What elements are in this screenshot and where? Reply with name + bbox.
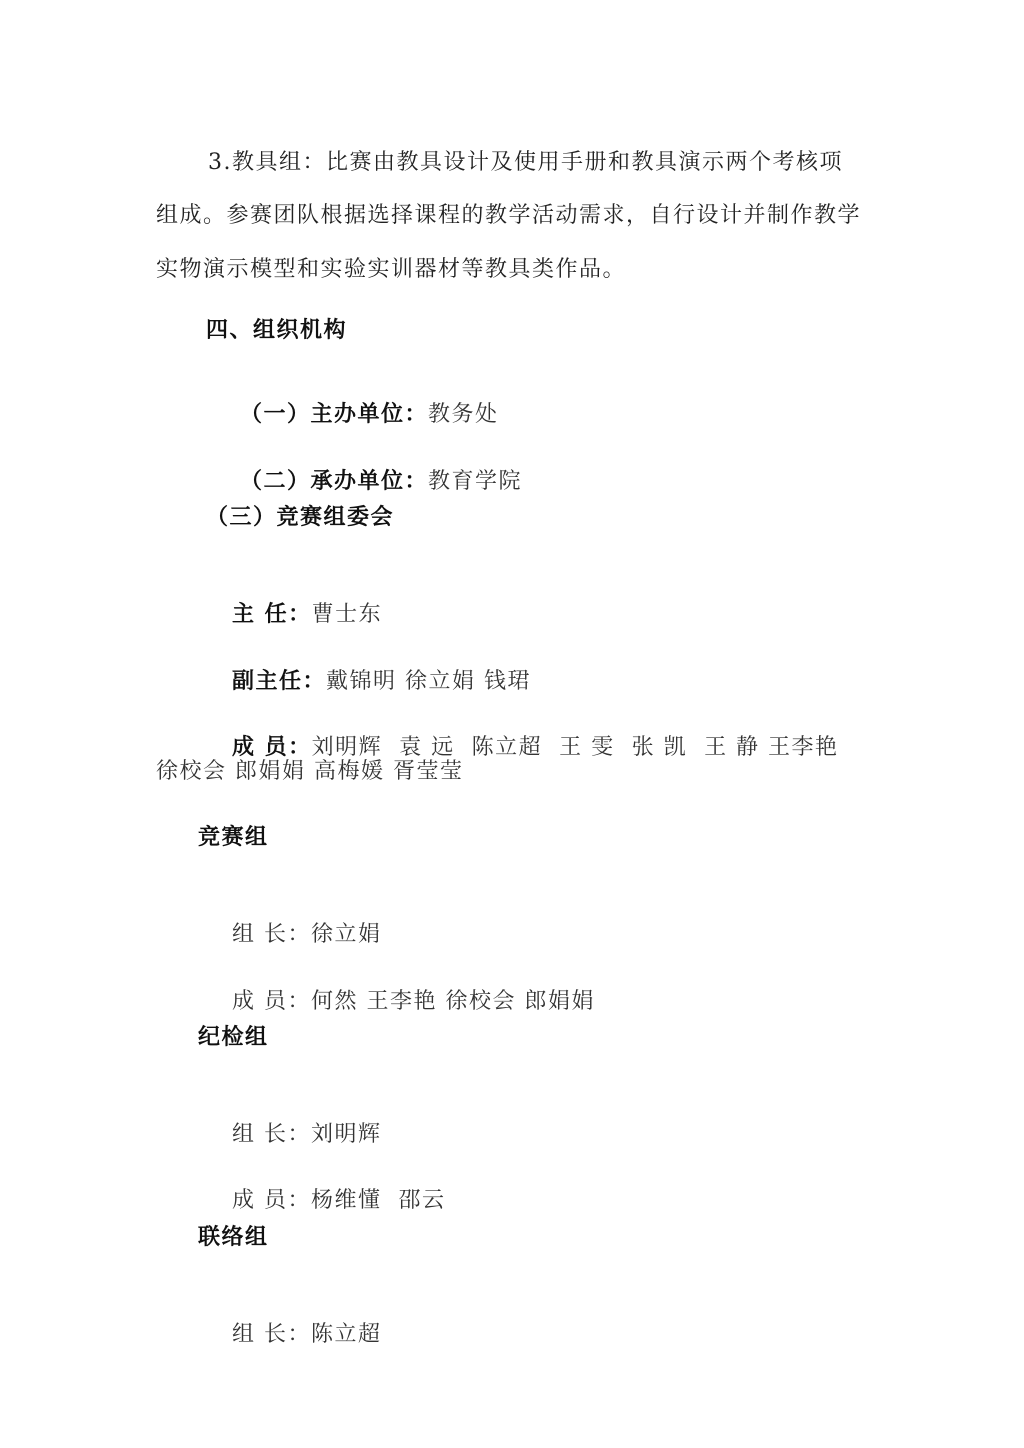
sponsor-value: 教务处 (428, 402, 499, 427)
members-value-line-2: 徐校会 郎娟娟 高梅媛 胥莹莹 (156, 757, 463, 787)
discipline-leader-label: 组 长： (232, 1122, 311, 1147)
group-heading-liaison: 联络组 (198, 1223, 269, 1253)
discipline-members-label: 成 员： (232, 1188, 311, 1213)
group-heading-discipline: 纪检组 (198, 1023, 269, 1053)
competition-members-value: 何然 王李艳 徐校会 郎娟娟 (311, 989, 595, 1014)
liaison-leader-row: 组 长：陈立超 (198, 1290, 382, 1380)
director-value: 曹士东 (312, 602, 383, 627)
organizer-label: （二）承办单位： (240, 469, 428, 494)
liaison-leader-label: 组 长： (232, 1322, 311, 1347)
group-heading-competition: 竞赛组 (198, 823, 269, 853)
paragraph-3-line-2: 组成。参赛团队根据选择课程的教学活动需求，自行设计并制作教学 (156, 201, 861, 231)
committee-heading: （三）竞赛组委会 (206, 503, 394, 533)
deputy-value: 戴锦明 徐立娟 钱珺 (326, 669, 531, 694)
competition-members-label: 成 员： (232, 989, 311, 1014)
liaison-leader-value: 陈立超 (311, 1322, 382, 1347)
competition-leader-value: 徐立娟 (311, 922, 382, 947)
discipline-leader-value: 刘明辉 (311, 1122, 382, 1147)
organizer-value: 教育学院 (428, 469, 522, 494)
deputy-label: 副主任： (232, 669, 326, 694)
paragraph-3-line-1: 3.教具组：比赛由教具设计及使用手册和教具演示两个考核项 (208, 148, 843, 178)
director-label: 主 任： (232, 602, 312, 627)
sponsor-label: （一）主办单位： (240, 402, 428, 427)
competition-leader-label: 组 长： (232, 922, 311, 947)
section-heading-organization: 四、组织机构 (206, 316, 347, 346)
paragraph-3-line-3: 实物演示模型和实验实训器材等教具类作品。 (156, 255, 626, 285)
discipline-members-value: 杨维懂 邵云 (311, 1188, 446, 1213)
